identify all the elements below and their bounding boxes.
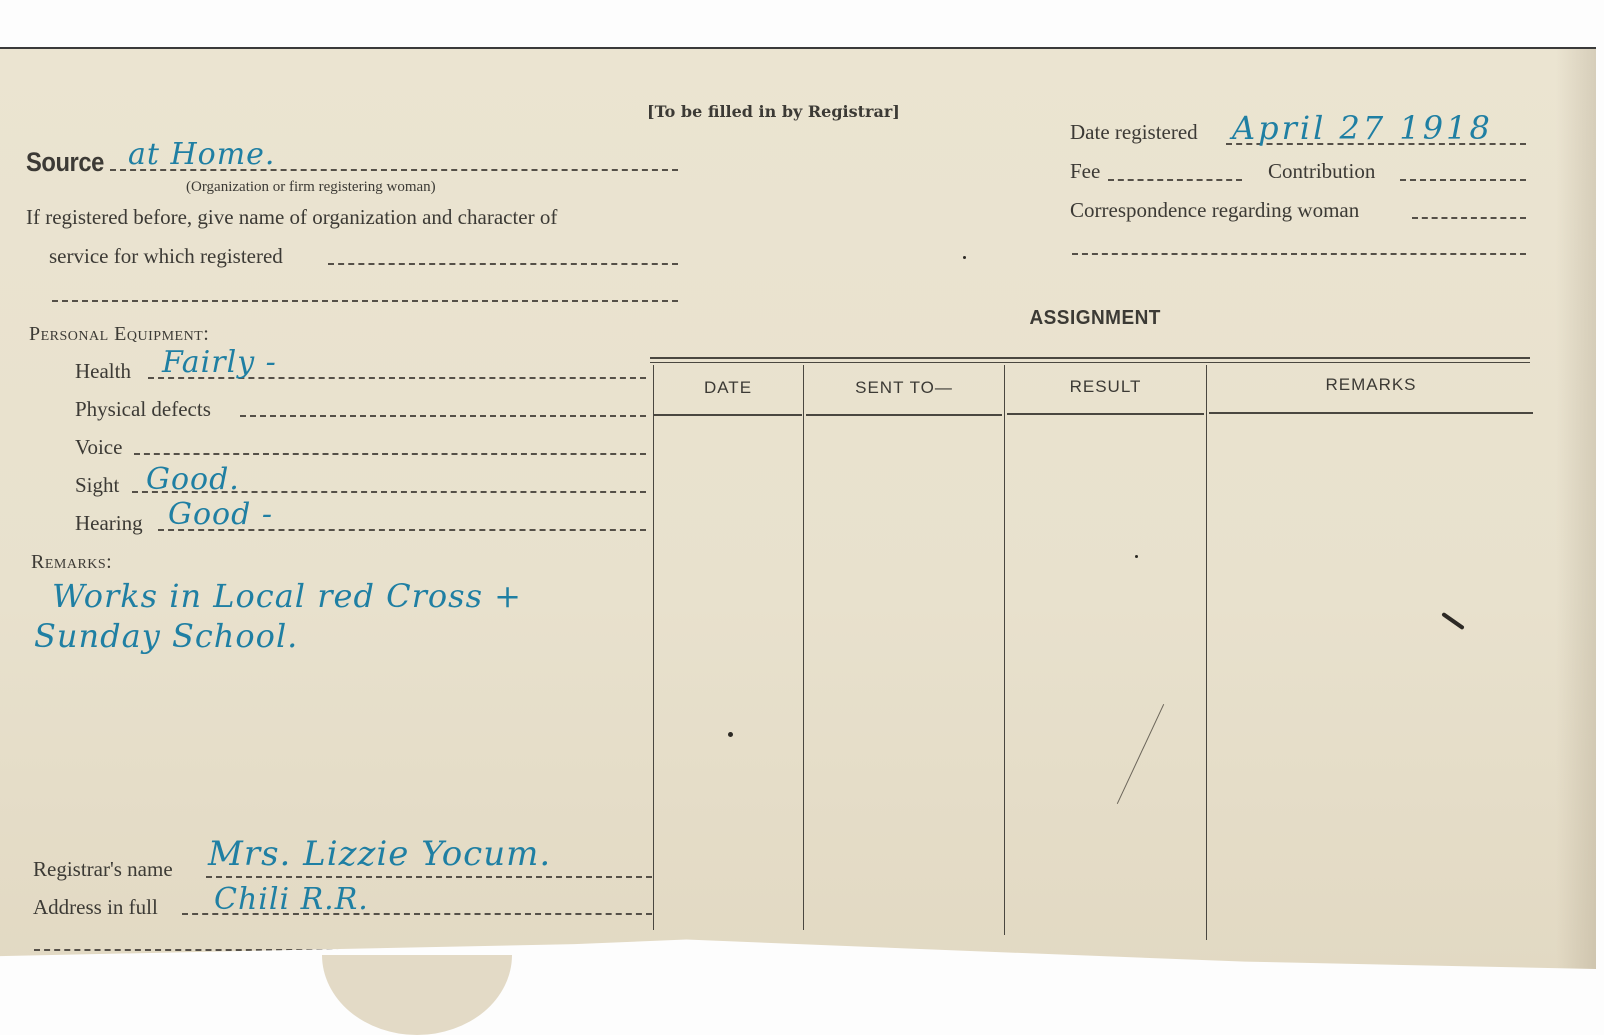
ink-smudge [1441,612,1465,630]
health-label: Health [75,359,131,384]
registration-card: [To be filled in by Registrar] Source at… [0,47,1596,969]
assignment-title: ASSIGNMENT [1029,307,1160,330]
assignment-table-border-top [650,357,1530,359]
date-registered-label: Date registered [1070,120,1198,145]
table-col-divider [1004,365,1005,935]
address-label: Address in full [33,895,158,920]
fee-field[interactable] [1108,179,1242,181]
registered-before-line1: If registered before, give name of organ… [26,205,557,230]
registrar-name-label: Registrar's name [33,857,173,882]
column-header-result: RESULT [1007,377,1204,397]
registered-before-field[interactable] [328,263,678,265]
table-header-underline [1007,413,1204,415]
fee-label: Fee [1070,159,1100,184]
sight-value: Good. [146,462,240,497]
table-col-divider [653,365,654,930]
remarks-line2: Sunday School. [34,617,298,655]
assignment-table-border-top-inner [650,362,1530,363]
column-header-date: DATE [654,378,802,398]
voice-label: Voice [75,435,122,460]
hearing-value: Good - [168,497,273,532]
scanned-document: [To be filled in by Registrar] Source at… [0,0,1604,1035]
table-col-divider [1206,365,1207,940]
ink-speck [728,732,733,737]
remarks-heading: Remarks: [31,551,112,574]
table-header-underline [1209,412,1533,414]
source-caption: (Organization or firm registering woman) [186,179,436,196]
table-header-underline [654,414,802,416]
source-label: Source [26,147,104,178]
registrar-name-value: Mrs. Lizzie Yocum. [208,834,551,874]
physical-defects-label: Physical defects [75,397,211,422]
remarks-line1: Works in Local red Cross + [52,577,522,615]
contribution-label: Contribution [1268,159,1375,184]
contribution-field[interactable] [1400,179,1526,181]
header-note: [To be filled in by Registrar] [647,102,900,121]
correspondence-label: Correspondence regarding woman [1070,198,1359,223]
column-header-sent-to: SENT TO— [806,378,1002,398]
correspondence-field[interactable] [1412,217,1526,219]
source-value: at Home. [128,137,275,172]
health-value: Fairly - [162,345,277,380]
card-index-tab [322,955,512,1035]
address-value: Chili R.R. [214,882,369,917]
ink-speck [963,256,966,259]
ink-speck [1135,555,1138,558]
sight-label: Sight [75,473,119,498]
registrar-name-field[interactable] [206,876,652,878]
physical-defects-field[interactable] [240,415,646,417]
registered-before-line2: service for which registered [49,244,283,269]
column-header-remarks: REMARKS [1209,375,1533,395]
registered-before-field-2[interactable] [52,300,678,302]
date-registered-value: April 27 1918 [1232,109,1493,147]
correspondence-field-2[interactable] [1072,253,1526,255]
table-header-underline [806,414,1002,416]
pencil-mark [1117,704,1164,804]
extra-line [34,949,504,951]
table-col-divider [803,365,804,930]
personal-equipment-heading: Personal Equipment: [29,323,209,346]
hearing-label: Hearing [75,511,143,536]
voice-field[interactable] [134,453,646,455]
